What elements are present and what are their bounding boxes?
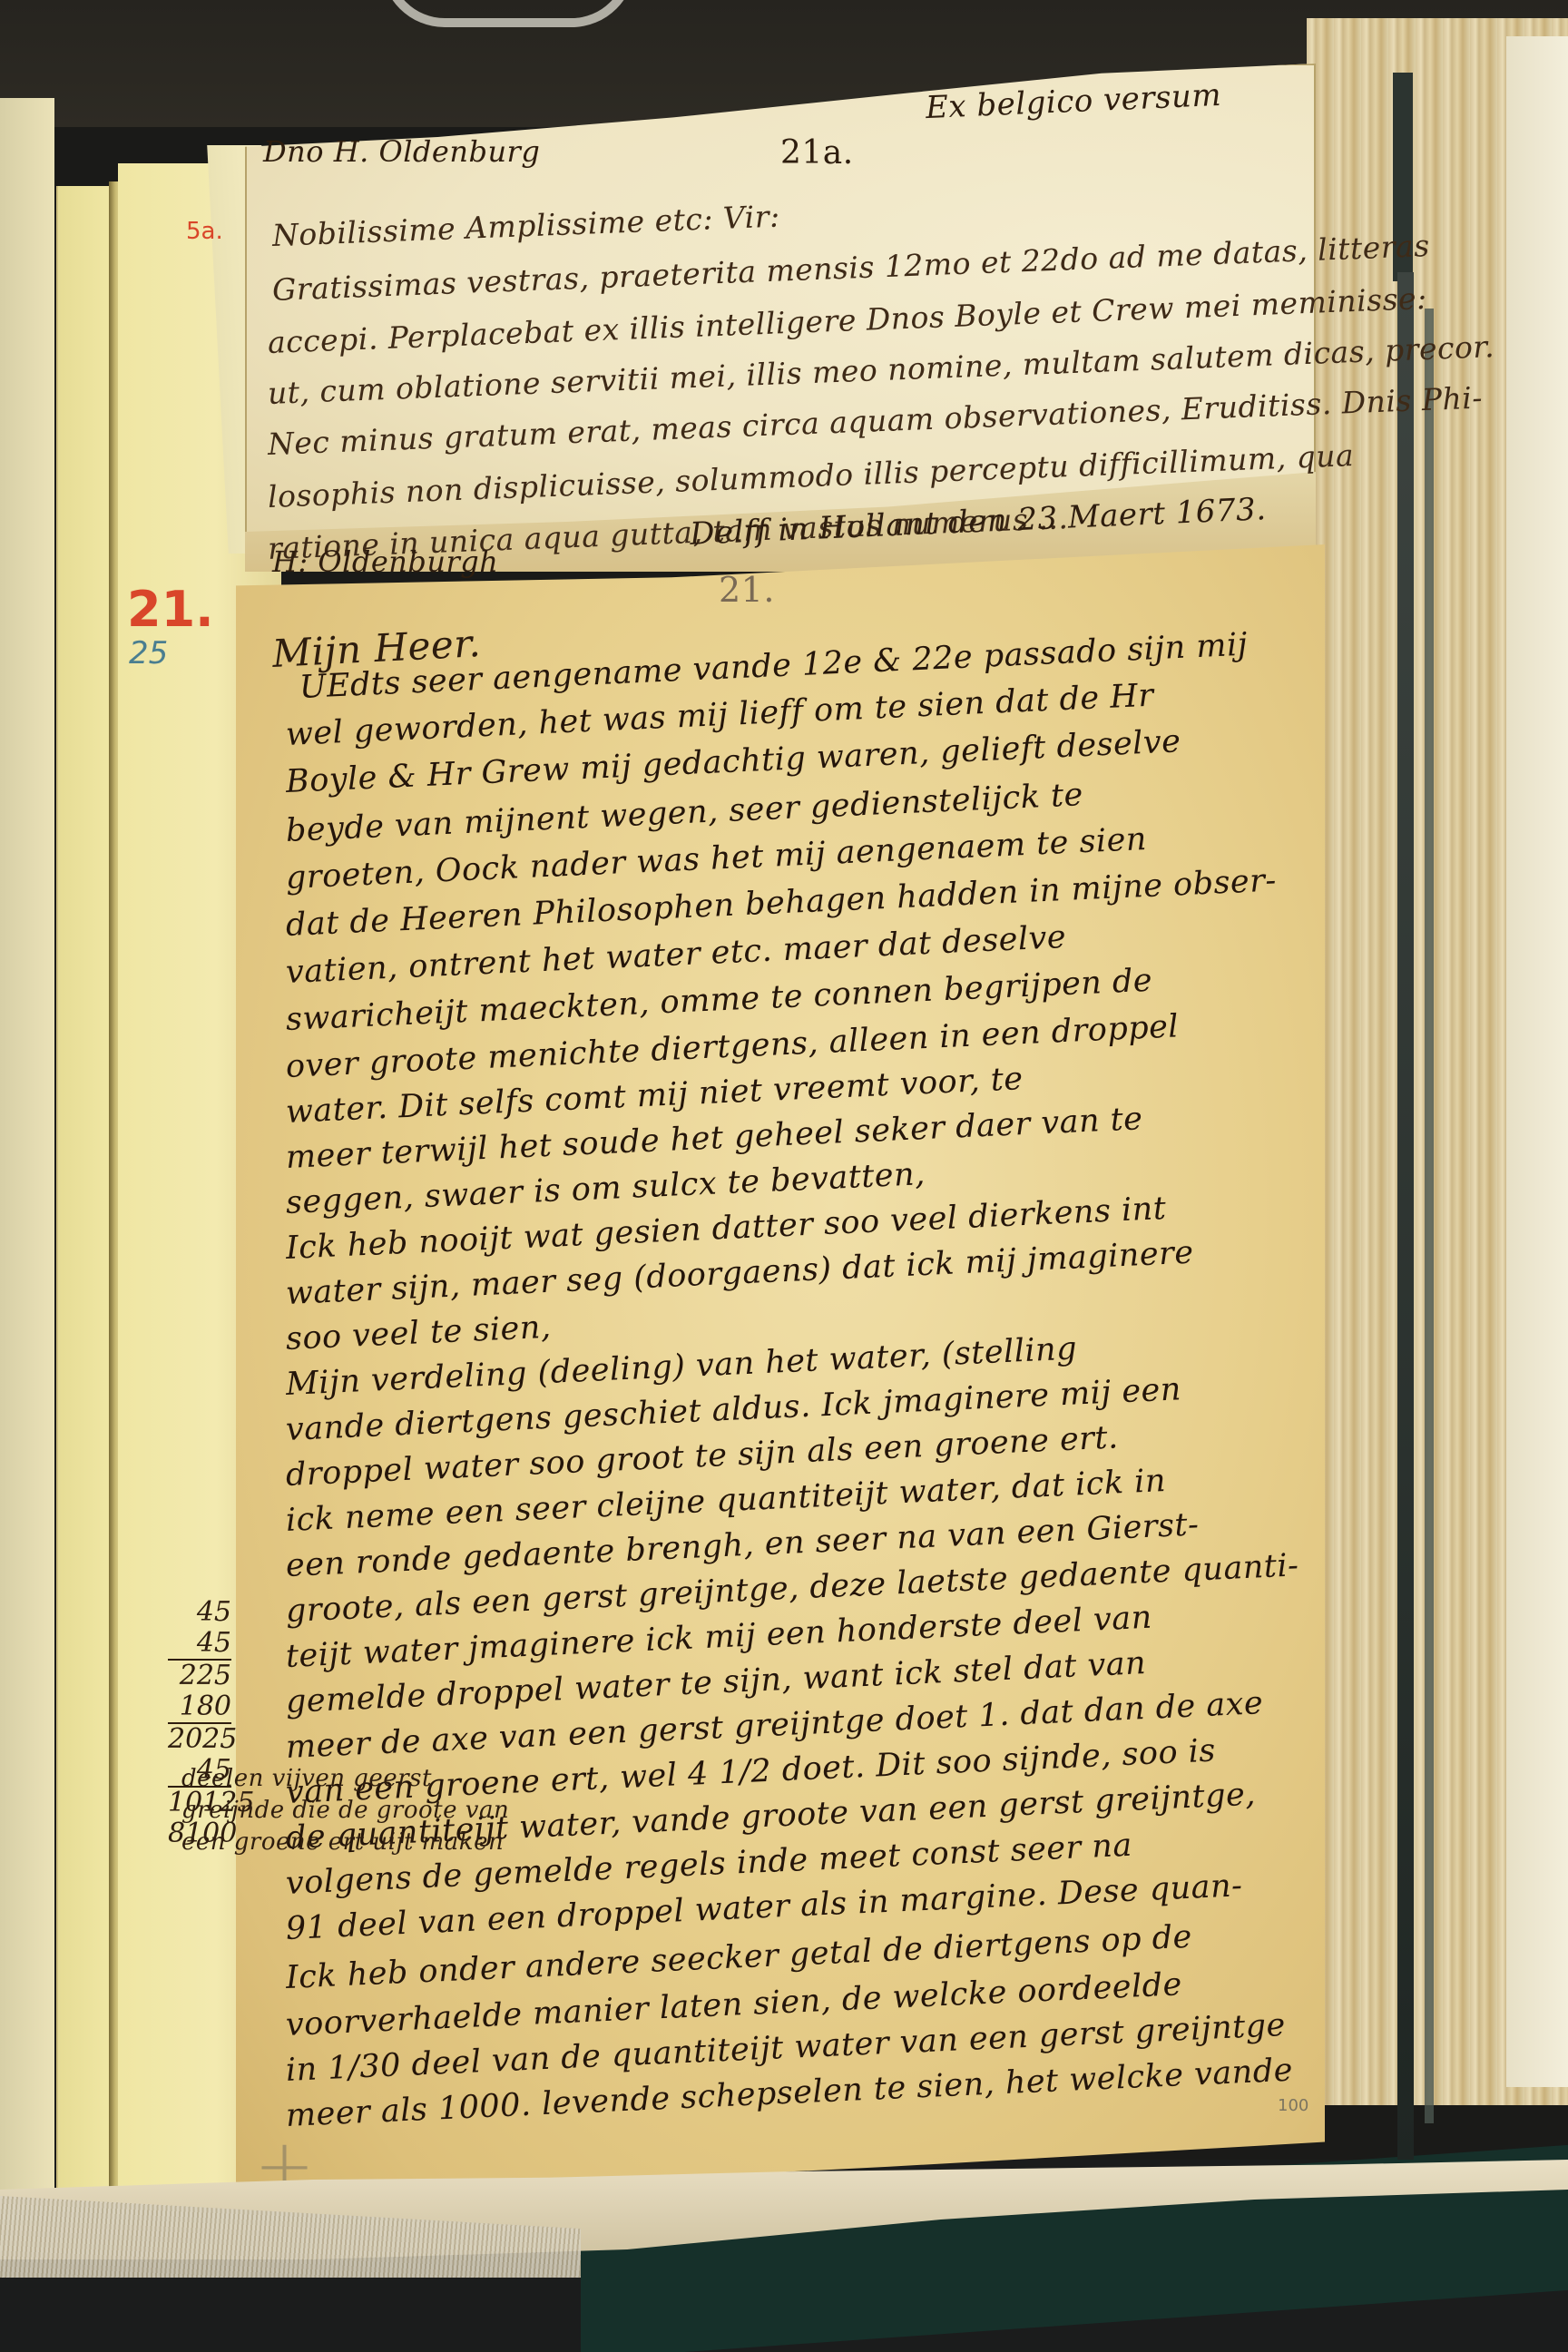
calc-row: 45 — [168, 1597, 231, 1628]
calc-row: 2025 — [168, 1724, 231, 1755]
pencil-page-number: 100 — [1278, 2096, 1308, 2115]
margin-note-line: greijnde die de groote van — [181, 1797, 509, 1824]
dutch-addressee: H: Oldenburgh — [272, 544, 498, 579]
blue-folio-number: 25 — [129, 635, 168, 671]
black-divider-thin — [1425, 309, 1434, 2123]
latin-folio: 21a. — [780, 134, 854, 171]
red-folio-number: 21. — [127, 581, 214, 638]
red-pencil-mark: 5a. — [186, 218, 223, 245]
page-stack-outer — [1506, 36, 1568, 2087]
calc-row: 180 — [168, 1691, 231, 1724]
margin-note-line: een groene ert uijt maken — [181, 1828, 504, 1856]
left-page-edge — [0, 98, 54, 2258]
margin-note-line: deelen vijven geerst — [181, 1765, 432, 1792]
calc-row: 45 — [168, 1628, 231, 1661]
calc-row: 225 — [168, 1661, 231, 1691]
dutch-folio: 21. — [719, 570, 775, 610]
black-divider — [1397, 272, 1414, 2160]
latin-addressee: Dno H. Oldenburg — [263, 134, 540, 169]
